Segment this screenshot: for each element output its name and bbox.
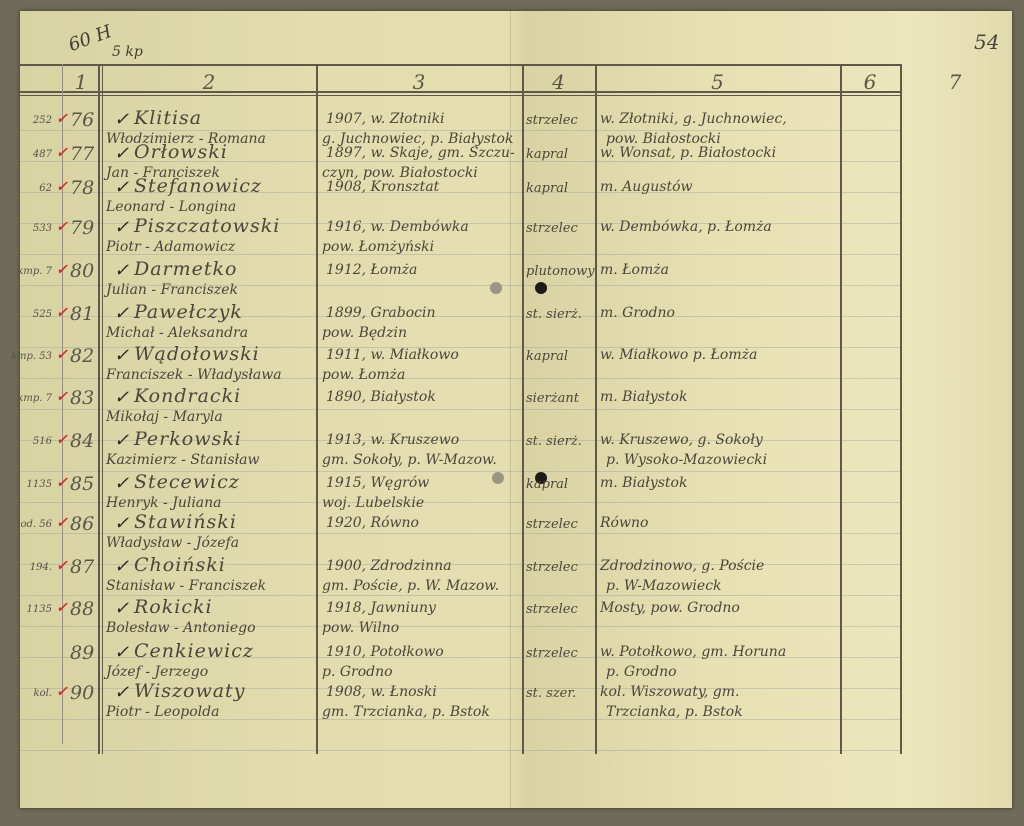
red-check-icon: ✓ [56, 600, 68, 616]
birth-line-1: 1920, Równo [326, 515, 419, 531]
red-check-icon: ✓ [56, 475, 68, 491]
entry-number: 83 [70, 387, 94, 409]
address-line-1: m. Grodno [600, 305, 675, 321]
address-line-1: w. Złotniki, g. Juchnowiec, [600, 111, 787, 127]
birth-line-1: 1897, w. Skaje, gm. Szczu- [326, 145, 515, 161]
birth-line-1: 1916, w. Dembówka [326, 219, 469, 235]
red-check-icon: ✓ [56, 305, 68, 321]
given-names: Stanisław - Franciszek [106, 578, 266, 594]
checkmark-icon: ✓ [114, 303, 129, 324]
checkmark-icon: ✓ [114, 109, 129, 130]
header-bottom-rule-2 [20, 95, 900, 96]
birth-line-2: gm. Sokoły, p. W-Mazow. [322, 452, 497, 468]
surname: Perkowski [134, 428, 242, 450]
birth-line-1: 1912, Łomża [326, 262, 417, 278]
red-check-icon: ✓ [56, 432, 68, 448]
given-names: Józef - Jerzego [106, 664, 208, 680]
given-names: Julian - Franciszek [106, 282, 238, 298]
surname: Piszczatowski [134, 215, 280, 237]
checkmark-icon: ✓ [114, 387, 129, 408]
margin-note: od. 56 [10, 519, 52, 530]
rank: sierżant [526, 391, 579, 406]
surname: Kondracki [134, 385, 241, 407]
birth-line-1: 1900, Zdrodzinna [326, 558, 452, 574]
given-names: Kazimierz - Stanisław [106, 452, 260, 468]
surname: Pawełczyk [134, 301, 243, 323]
col-header-5: 5 [595, 70, 840, 94]
birth-line-2: p. Grodno [322, 664, 393, 680]
surname: Klitisa [134, 107, 202, 129]
checkmark-icon: ✓ [114, 345, 129, 366]
given-names: Mikołaj - Maryla [106, 409, 223, 425]
checkmark-icon: ✓ [114, 642, 129, 663]
entry-number: 90 [70, 682, 94, 704]
rank: strzelec [526, 646, 578, 661]
margin-note: 516 [10, 436, 52, 447]
col-header-7: 7 [900, 70, 1010, 94]
ledger-entry: 1135 ✓ 88 ✓ Rokicki Bolesław - Antoniego… [0, 596, 1024, 636]
given-names: Piotr - Leopolda [106, 704, 219, 720]
ledger-entry: kol. ✓ 90 ✓ Wiszowaty Piotr - Leopolda 1… [0, 680, 1024, 720]
surname: Cenkiewicz [134, 640, 254, 662]
rank: strzelec [526, 221, 578, 236]
rank: st. sierż. [526, 434, 582, 449]
address-line-1: w. Miałkowo p. Łomża [600, 347, 757, 363]
entry-number: 76 [70, 109, 94, 131]
birth-line-2: gm. Poście, p. W. Mazow. [322, 578, 499, 594]
given-names: Władysław - Józefa [106, 535, 239, 551]
address-line-1: w. Kruszewo, g. Sokoły [600, 432, 763, 448]
margin-note: 252 [10, 115, 52, 126]
rank: st. sierż. [526, 307, 582, 322]
entry-number: 82 [70, 345, 94, 367]
birth-line-1: 1908, w. Łnoski [326, 684, 437, 700]
ledger-entry: 516 ✓ 84 ✓ Perkowski Kazimierz - Stanisł… [0, 428, 1024, 468]
ledger-entry: 194. ✓ 87 ✓ Choiński Stanisław - Francis… [0, 554, 1024, 594]
address-line-1: Mosty, pow. Grodno [600, 600, 740, 616]
address-line-1: m. Łomża [600, 262, 669, 278]
birth-line-2: pow. Łomża [322, 367, 405, 383]
entry-number: 79 [70, 217, 94, 239]
rank: kapral [526, 147, 568, 162]
ledger-entry: ✓ 89 ✓ Cenkiewicz Józef - Jerzego 1910, … [0, 640, 1024, 680]
margin-note: 1135 [10, 479, 52, 490]
address-line-1: m. Augustów [600, 179, 693, 195]
margin-note: kol. [10, 688, 52, 699]
entry-number: 89 [70, 642, 94, 664]
rank: strzelec [526, 113, 578, 128]
margin-note: 1135 [10, 604, 52, 615]
checkmark-icon: ✓ [114, 473, 129, 494]
red-check-icon: ✓ [56, 262, 68, 278]
entry-number: 85 [70, 473, 94, 495]
col-header-3: 3 [316, 70, 522, 94]
red-check-icon: ✓ [56, 145, 68, 161]
birth-line-1: 1907, w. Złotniki [326, 111, 445, 127]
address-line-1: w. Wonsat, p. Białostocki [600, 145, 776, 161]
given-names: Bolesław - Antoniego [106, 620, 256, 636]
rank: kapral [526, 181, 568, 196]
col-header-4: 4 [522, 70, 595, 94]
checkmark-icon: ✓ [114, 143, 129, 164]
margin-note: 533 [10, 223, 52, 234]
red-check-icon: ✓ [56, 389, 68, 405]
surname: Stefanowicz [134, 175, 262, 197]
checkmark-icon: ✓ [114, 217, 129, 238]
rank: plutonowy [526, 264, 595, 279]
entry-number: 81 [70, 303, 94, 325]
col-header-1: 1 [64, 70, 98, 94]
address-line-2: p. Grodno [606, 664, 677, 680]
col-header-2: 2 [102, 70, 316, 94]
margin-note: 62 [10, 183, 52, 194]
given-names: Michał - Aleksandra [106, 325, 248, 341]
margin-note: 525 [10, 309, 52, 320]
margin-note: kmp. 7 [10, 266, 52, 277]
surname: Orłowski [134, 141, 228, 163]
entry-number: 86 [70, 513, 94, 535]
given-names: Franciszek - Władysława [106, 367, 282, 383]
surname: Stawiński [134, 511, 237, 533]
given-names: Leonard - Longina [106, 199, 236, 215]
ledger-entry: kmp. 53 ✓ 82 ✓ Wądołowski Franciszek - W… [0, 343, 1024, 383]
red-check-icon: ✓ [56, 684, 68, 700]
surname: Choiński [134, 554, 226, 576]
birth-line-2: pow. Wilno [322, 620, 399, 636]
birth-line-2: pow. Łomżyński [322, 239, 434, 255]
col-header-6: 6 [840, 70, 900, 94]
birth-line-1: 1908, Kronsztat [326, 179, 439, 195]
checkmark-icon: ✓ [114, 513, 129, 534]
given-names: Henryk - Juliana [106, 495, 222, 511]
red-check-icon: ✓ [56, 219, 68, 235]
ledger-entry: od. 56 ✓ 86 ✓ Stawiński Władysław - Józe… [0, 511, 1024, 551]
birth-line-2: pow. Będzin [322, 325, 407, 341]
ledger-entry: 533 ✓ 79 ✓ Piszczatowski Piotr - Adamowi… [0, 215, 1024, 255]
address-line-1: m. Białystok [600, 389, 687, 405]
checkmark-icon: ✓ [114, 682, 129, 703]
rank: st. szer. [526, 686, 576, 701]
birth-line-1: 1913, w. Kruszewo [326, 432, 459, 448]
birth-line-1: 1918, Jawniuny [326, 600, 436, 616]
ledger-entry: kmp. 7 ✓ 80 ✓ Darmetko Julian - Francisz… [0, 258, 1024, 298]
top-left-note-2: 5 kp [112, 44, 143, 60]
checkmark-icon: ✓ [114, 177, 129, 198]
rank: strzelec [526, 560, 578, 575]
ledger-entry: 525 ✓ 81 ✓ Pawełczyk Michał - Aleksandra… [0, 301, 1024, 341]
rank: kapral [526, 477, 568, 492]
address-line-1: Zdrodzinowo, g. Poście [600, 558, 764, 574]
margin-note: 194. [10, 562, 52, 573]
address-line-1: w. Dembówka, p. Łomża [600, 219, 772, 235]
address-line-1: kol. Wiszowaty, gm. [600, 684, 740, 700]
red-check-icon: ✓ [56, 111, 68, 127]
surname: Rokicki [134, 596, 213, 618]
checkmark-icon: ✓ [114, 260, 129, 281]
red-check-icon: ✓ [56, 558, 68, 574]
surname: Wiszowaty [134, 680, 245, 702]
red-check-icon: ✓ [56, 179, 68, 195]
checkmark-icon: ✓ [114, 556, 129, 577]
given-names: Piotr - Adamowicz [106, 239, 235, 255]
rank: kapral [526, 349, 568, 364]
margin-note: 487 [10, 149, 52, 160]
birth-line-1: 1915, Węgrów [326, 475, 429, 491]
address-line-2: p. W-Mazowieck [606, 578, 722, 594]
page-number: 54 [974, 30, 999, 54]
entry-number: 80 [70, 260, 94, 282]
address-line-1: w. Potołkowo, gm. Horuna [600, 644, 786, 660]
birth-line-1: 1911, w. Miałkowo [326, 347, 459, 363]
ledger-entry: kmp. 7 ✓ 83 ✓ Kondracki Mikołaj - Maryla… [0, 385, 1024, 425]
rank: strzelec [526, 517, 578, 532]
rank: strzelec [526, 602, 578, 617]
birth-line-2: woj. Lubelskie [322, 495, 424, 511]
checkmark-icon: ✓ [114, 430, 129, 451]
entry-number: 87 [70, 556, 94, 578]
ledger-entry: 1135 ✓ 85 ✓ Stecewicz Henryk - Juliana 1… [0, 471, 1024, 511]
header-top-rule [20, 64, 900, 66]
birth-line-1: 1899, Grabocin [326, 305, 435, 321]
surname: Stecewicz [134, 471, 240, 493]
address-line-2: p. Wysoko-Mazowiecki [606, 452, 767, 468]
red-check-icon: ✓ [56, 515, 68, 531]
entry-number: 88 [70, 598, 94, 620]
entry-number: 78 [70, 177, 94, 199]
birth-line-1: 1910, Potołkowo [326, 644, 444, 660]
entry-number: 77 [70, 143, 94, 165]
checkmark-icon: ✓ [114, 598, 129, 619]
ledger-entry: 62 ✓ 78 ✓ Stefanowicz Leonard - Longina … [0, 175, 1024, 215]
entry-number: 84 [70, 430, 94, 452]
birth-line-2: gm. Trzcianka, p. Bstok [322, 704, 490, 720]
surname: Darmetko [134, 258, 238, 280]
address-line-1: m. Białystok [600, 475, 687, 491]
address-line-2: Trzcianka, p. Bstok [606, 704, 743, 720]
birth-line-1: 1890, Białystok [326, 389, 436, 405]
surname: Wądołowski [134, 343, 260, 365]
red-check-icon: ✓ [56, 347, 68, 363]
margin-note: kmp. 53 [10, 351, 52, 362]
address-line-1: Równo [600, 515, 648, 531]
margin-note: kmp. 7 [10, 393, 52, 404]
